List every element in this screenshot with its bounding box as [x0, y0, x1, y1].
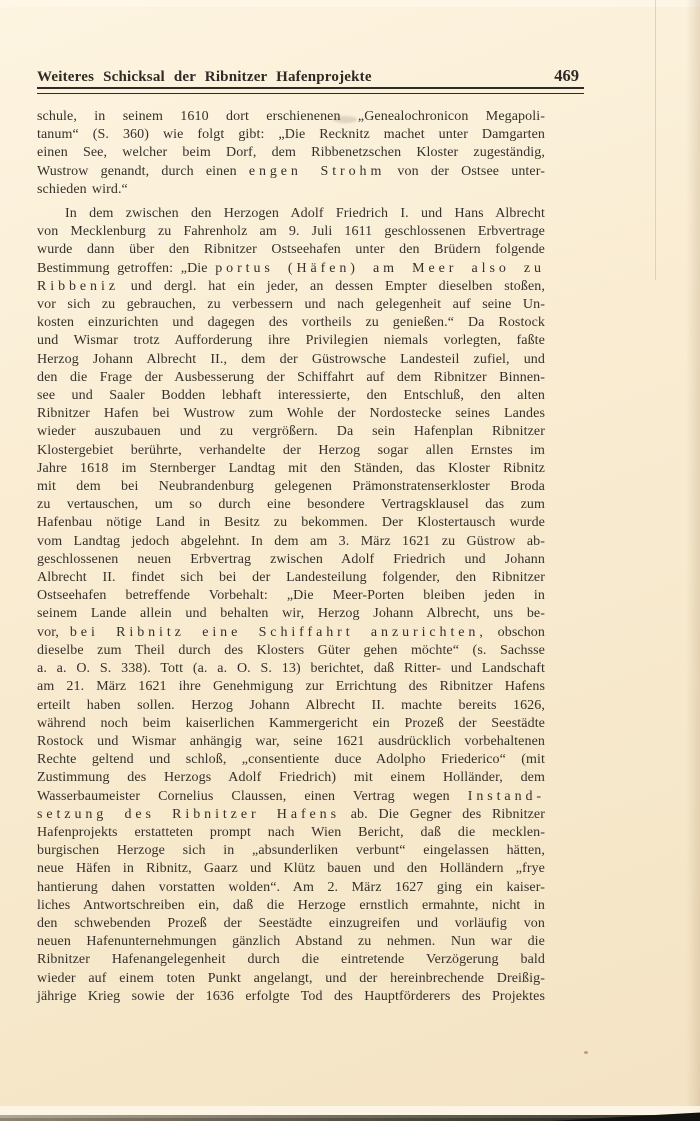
text-line: schule, in seinem 1610 dort erschienenen…	[37, 108, 545, 126]
text-line: vor sich zu gebrauchen, zu verbessern un…	[37, 296, 545, 314]
paper-right-edge-shadow	[686, 0, 700, 1121]
text-line: Zustimmung des Herzogs Adolf Friedrich) …	[37, 769, 545, 787]
paragraph: In dem zwischen den Herzogen Adolf Fried…	[37, 205, 545, 1006]
letterspaced-text: portus (Häfen) am Meer also zu	[215, 261, 545, 276]
paper-bottom-edge-highlight	[0, 1106, 700, 1115]
text-line: tanum“ (S. 360) wie folgt gibt: „Die Rec…	[37, 126, 545, 144]
text-line: hantierung dahen vorstatten wolden“. Am …	[37, 879, 545, 897]
text-line: burgischen Herzoge sich in „absunderlike…	[37, 842, 545, 860]
paper-right-edge-line	[655, 0, 656, 280]
text-line: see und Saaler Bodden lebhaft interessie…	[37, 387, 545, 405]
text-line: Ribnitzer Hafenangelegenheit durch die e…	[37, 951, 545, 969]
letterspaced-text: bei Ribnitz eine Schiffahrt anzurichten,	[70, 625, 487, 640]
text-line: von Mecklenburg zu Fahrenholz am 9. Juli…	[37, 223, 545, 241]
text-line: neuen Hafenunternehmungen gänzlich Absta…	[37, 933, 545, 951]
text-line: und Wismar trotz Aufforderung ihre Privi…	[37, 332, 545, 350]
scanned-book-page: Weiteres Schicksal der Ribnitzer Hafenpr…	[0, 0, 700, 1121]
text-line: am 21. März 1621 ihre Genehmigung zur Er…	[37, 678, 545, 696]
letterspaced-text: Instand-	[468, 789, 545, 804]
text-line: Herzog Johann Albrecht II., dem der Güst…	[37, 351, 545, 369]
text-line: setzung des Ribnitzer Hafens ab. Die Geg…	[37, 806, 545, 824]
text-line: vor, bei Ribnitz eine Schiffahrt anzuric…	[37, 624, 545, 642]
text-line: Jahre 1618 im Sternberger Landtag mit de…	[37, 460, 545, 478]
text-line: Rostock und Wismar anhängig war, seine 1…	[37, 733, 545, 751]
text-line: Hafenbau nötige Land in Besitz zu bekomm…	[37, 514, 545, 532]
paper-top-edge	[0, 0, 700, 7]
text-line: erteilt haben sollen. Herzog Johann Albr…	[37, 697, 545, 715]
header-rule-thin	[37, 93, 584, 94]
text-line: Rechte geltend und schloß, „consentiente…	[37, 751, 545, 769]
header-rule-thick	[37, 87, 584, 89]
text-line: dieselbe zum Theil durch des Klosters Gü…	[37, 642, 545, 660]
paragraph: schule, in seinem 1610 dort erschienenen…	[37, 108, 545, 199]
running-header: Weiteres Schicksal der Ribnitzer Hafenpr…	[37, 66, 584, 86]
text-line: neue Häfen in Ribnitz, Gaarz und Klütz b…	[37, 860, 545, 878]
text-line: a. a. O. S. 338). Tott (a. a. O. S. 13) …	[37, 660, 545, 678]
text-line: zu vertauschen, um so durch eine besonde…	[37, 496, 545, 514]
text-line: Bestimmung getroffen: „Die portus (Häfen…	[37, 260, 545, 278]
text-line: liches Antwortschreiben ein, daß die Her…	[37, 897, 545, 915]
text-line: Wustrow genandt, durch einen engen Stroh…	[37, 163, 545, 181]
text-line: Ribnitzer Hafen bei Wustrow zum Wohle de…	[37, 405, 545, 423]
text-line: Albrecht II. findet sich bei der Landest…	[37, 569, 545, 587]
text-line: vom Landtag jedoch abgelehnt. In dem am …	[37, 533, 545, 551]
text-line: Wasserbaumeister Cornelius Claussen, ein…	[37, 788, 545, 806]
text-line: einen See, welcher beim Dorf, dem Ribben…	[37, 144, 545, 162]
running-header-title: Weiteres Schicksal der Ribnitzer Hafenpr…	[37, 69, 372, 86]
text-line: seinem Lande allein und behalten wir, He…	[37, 605, 545, 623]
text-line: den die Frage der Ausbesserung der Schif…	[37, 369, 545, 387]
paper-speck	[584, 1051, 588, 1054]
page-body-text: schule, in seinem 1610 dort erschienenen…	[37, 108, 545, 1006]
text-line: Hafenprojekts erstatteten prompt nach Wi…	[37, 824, 545, 842]
text-line: wieder auf einem toten Punkt angelangt, …	[37, 970, 545, 988]
text-line: während noch beim kaiserlichen Kammerger…	[37, 715, 545, 733]
letterspaced-text: setzung des Ribnitzer Hafens	[37, 807, 340, 822]
text-line: schieden wird.“	[37, 181, 545, 199]
page-number: 469	[554, 66, 584, 86]
text-line: mit dem bei Neubrandenburg gelegenen Prä…	[37, 478, 545, 496]
text-line: kosten einzurichten und dagegen des vort…	[37, 314, 545, 332]
text-line: den schwebenden Prozeß der Seestädte ein…	[37, 915, 545, 933]
letterspaced-text: engen Strohm	[249, 164, 385, 179]
text-line: geschlossenen neuen Erbvertrag zwischen …	[37, 551, 545, 569]
text-line: Ribbeniz und dergl. hat ein jeder, an de…	[37, 278, 545, 296]
text-line: wieder auszubauen und zu vergrößern. Da …	[37, 423, 545, 441]
text-line: Ostseehafen betreffende Vorbehalt: „Die …	[37, 587, 545, 605]
text-line: jährige Krieg sowie der 1636 erfolgte To…	[37, 988, 545, 1006]
text-line: Klostergebiet berührte, verhandelte der …	[37, 442, 545, 460]
text-line: wurde dann über den Ribnitzer Ostseehafe…	[37, 241, 545, 259]
text-line: In dem zwischen den Herzogen Adolf Fried…	[37, 205, 545, 223]
letterspaced-text: Ribbeniz	[37, 279, 119, 294]
